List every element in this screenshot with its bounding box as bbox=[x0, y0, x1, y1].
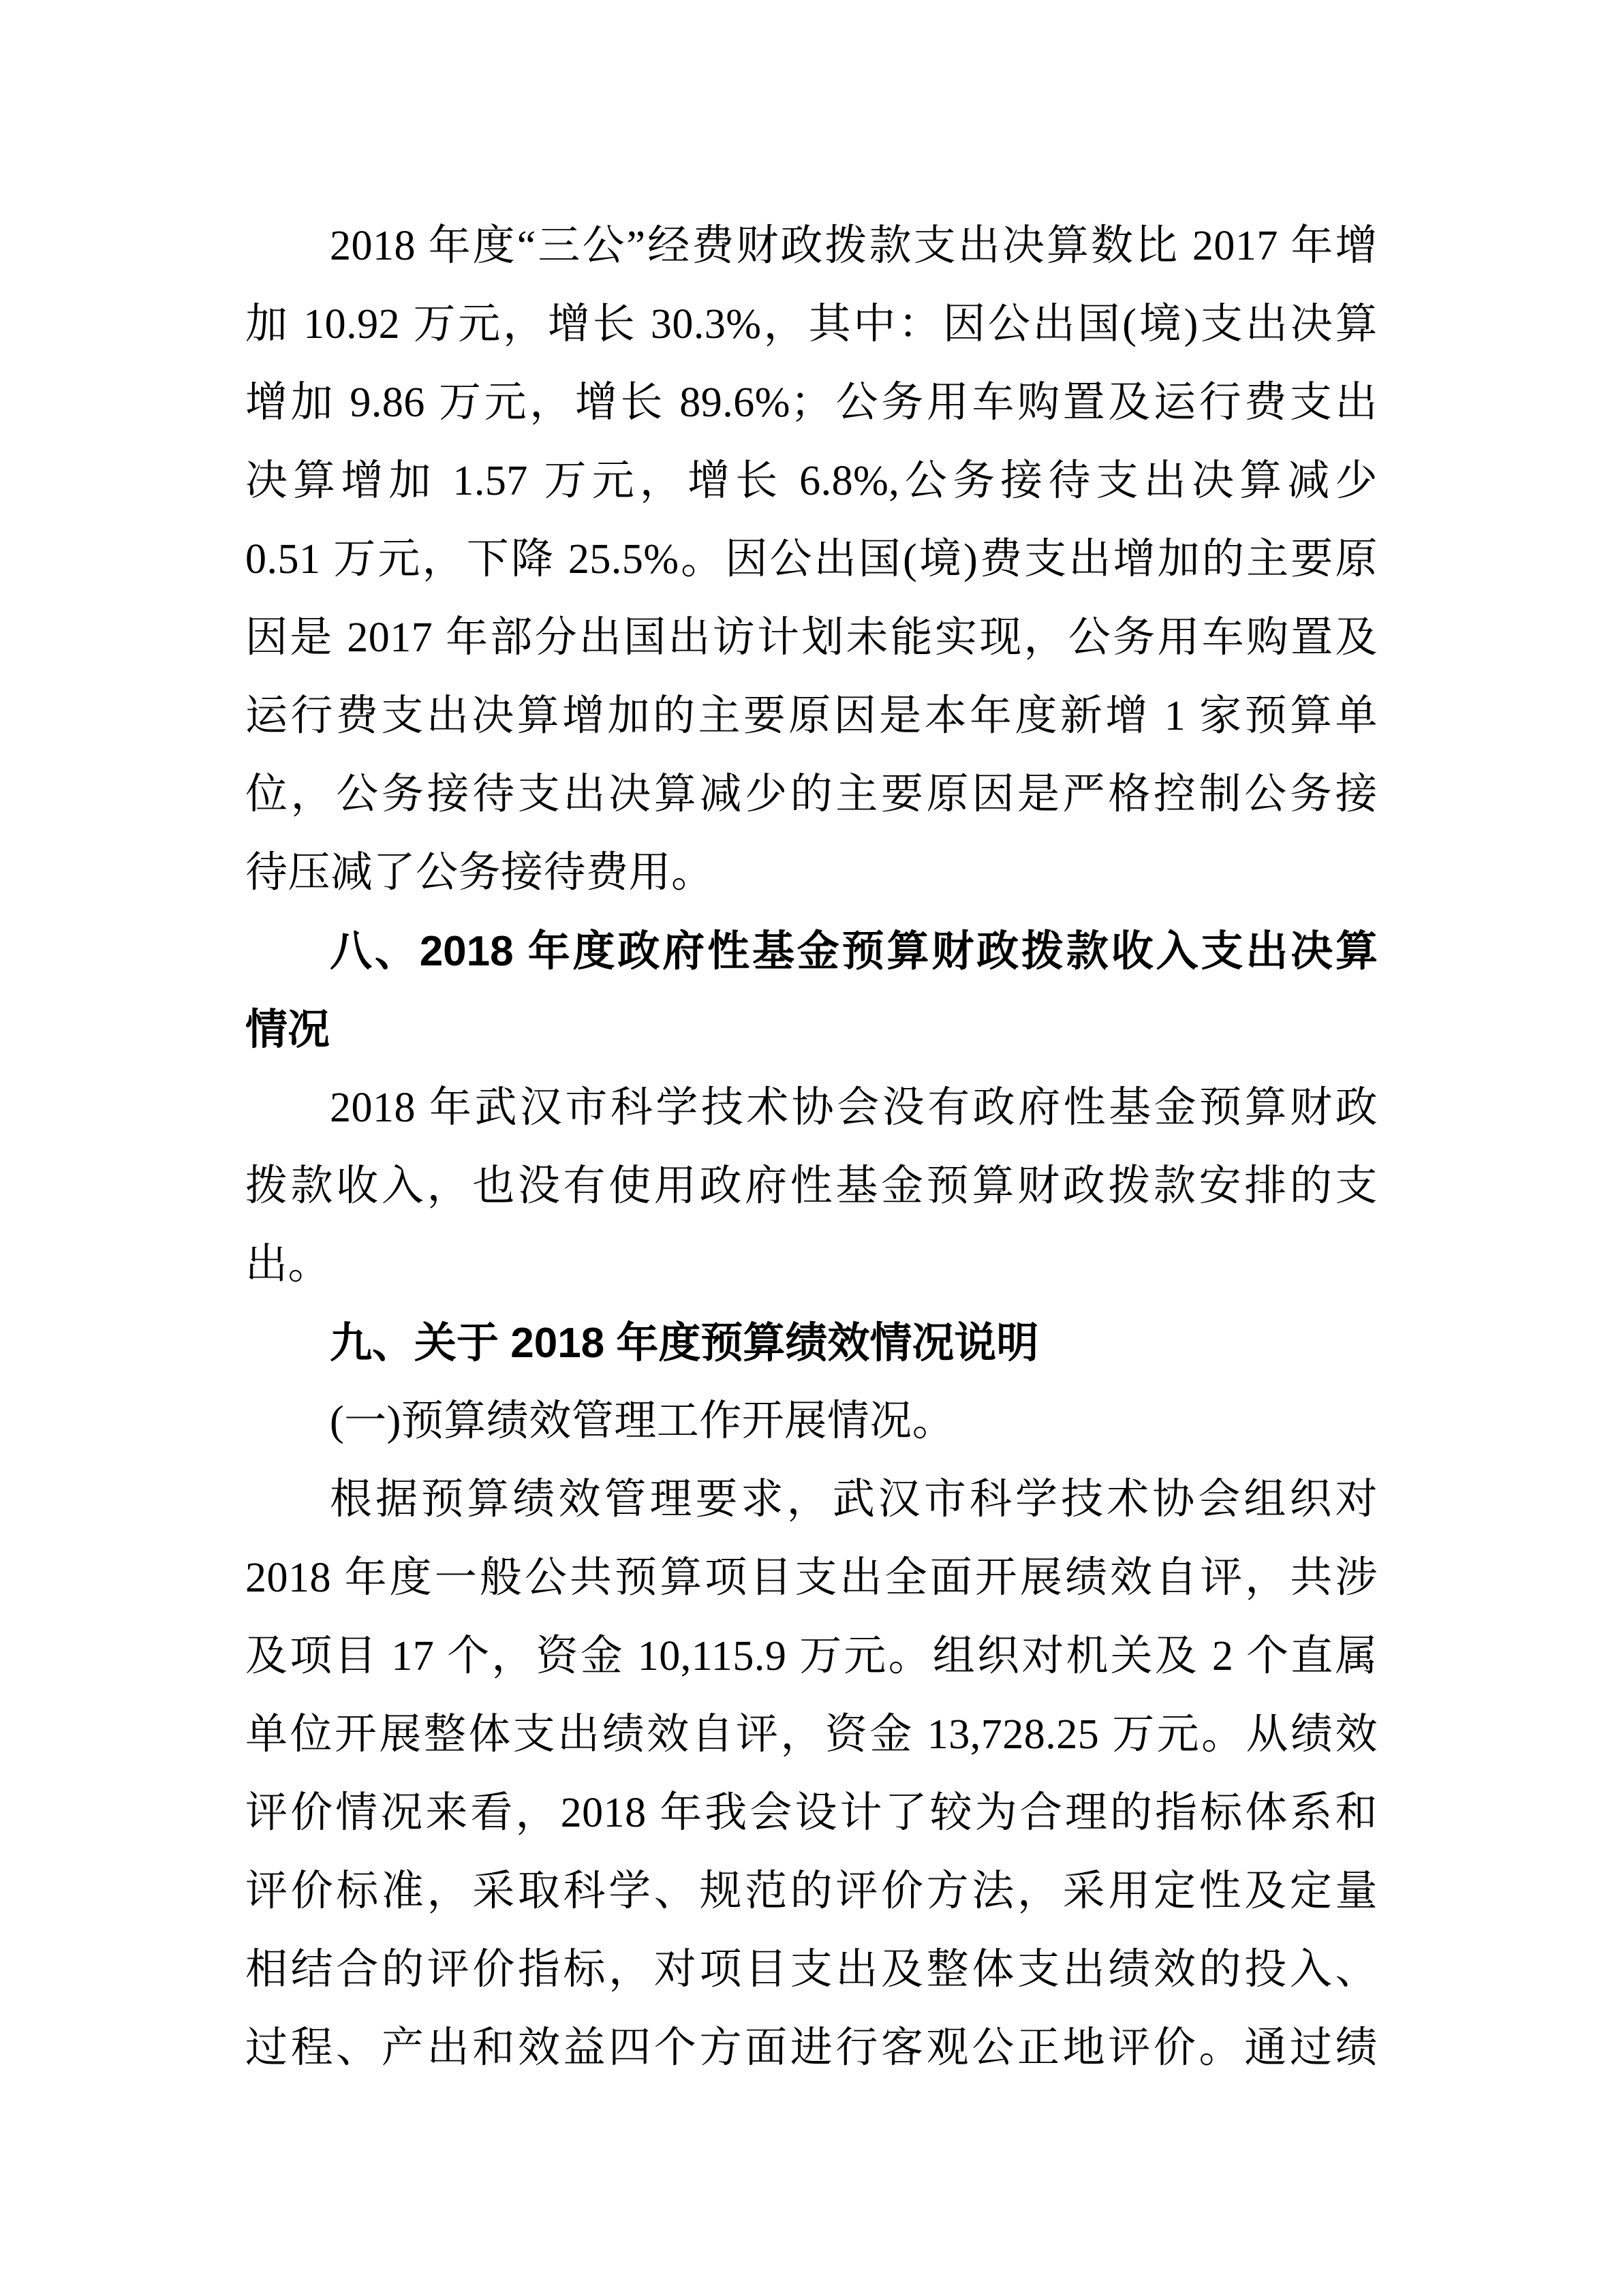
text-line: 加 10.92 万元，增长 30.3%，其中：因公出国(境)支出决算 bbox=[245, 285, 1378, 364]
text-line: 增加 9.86 万元，增长 89.6%；公务用车购置及运行费支出 bbox=[245, 364, 1378, 442]
text-line: 2018 年度一般公共预算项目支出全面开展绩效自评，共涉 bbox=[245, 1539, 1378, 1617]
text-line: 出。 bbox=[245, 1226, 1378, 1304]
text-line: 拨款收入，也没有使用政府性基金预算财政拨款安排的支 bbox=[245, 1147, 1378, 1226]
text-line: 2018 年度“三公”经费财政拨款支出决算数比 2017 年增 bbox=[245, 207, 1378, 285]
text-line: 0.51 万元，下降 25.5%。因公出国(境)费支出增加的主要原 bbox=[245, 521, 1378, 599]
document-body: 2018 年度“三公”经费财政拨款支出决算数比 2017 年增加 10.92 万… bbox=[245, 207, 1378, 2088]
document-page: 2018 年度“三公”经费财政拨款支出决算数比 2017 年增加 10.92 万… bbox=[0, 0, 1623, 2296]
text-line: 相结合的评价指标，对项目支出及整体支出绩效的投入、 bbox=[245, 1931, 1378, 2009]
text-line: 待压减了公务接待费用。 bbox=[245, 834, 1378, 912]
heading-line: 八、2018 年度政府性基金预算财政拨款收入支出决算 bbox=[245, 912, 1378, 991]
heading-line: 情况 bbox=[245, 991, 1378, 1069]
text-line: 决算增加 1.57 万元，增长 6.8%,公务接待支出决算减少 bbox=[245, 442, 1378, 521]
text-line: (一)预算绩效管理工作开展情况。 bbox=[245, 1382, 1378, 1461]
text-line: 2018 年武汉市科学技术协会没有政府性基金预算财政 bbox=[245, 1069, 1378, 1147]
text-line: 评价情况来看，2018 年我会设计了较为合理的指标体系和 bbox=[245, 1774, 1378, 1852]
text-line: 运行费支出决算增加的主要原因是本年度新增 1 家预算单 bbox=[245, 677, 1378, 756]
heading-line: 九、关于 2018 年度预算绩效情况说明 bbox=[245, 1304, 1378, 1382]
text-line: 及项目 17 个，资金 10,115.9 万元。组织对机关及 2 个直属 bbox=[245, 1617, 1378, 1696]
text-line: 因是 2017 年部分出国出访计划未能实现，公务用车购置及 bbox=[245, 599, 1378, 677]
text-line: 单位开展整体支出绩效自评，资金 13,728.25 万元。从绩效 bbox=[245, 1696, 1378, 1774]
text-line: 位，公务接待支出决算减少的主要原因是严格控制公务接 bbox=[245, 756, 1378, 834]
text-line: 过程、产出和效益四个方面进行客观公正地评价。通过绩 bbox=[245, 2009, 1378, 2088]
text-line: 评价标准，采取科学、规范的评价方法，采用定性及定量 bbox=[245, 1852, 1378, 1931]
text-line: 根据预算绩效管理要求，武汉市科学技术协会组织对 bbox=[245, 1461, 1378, 1539]
